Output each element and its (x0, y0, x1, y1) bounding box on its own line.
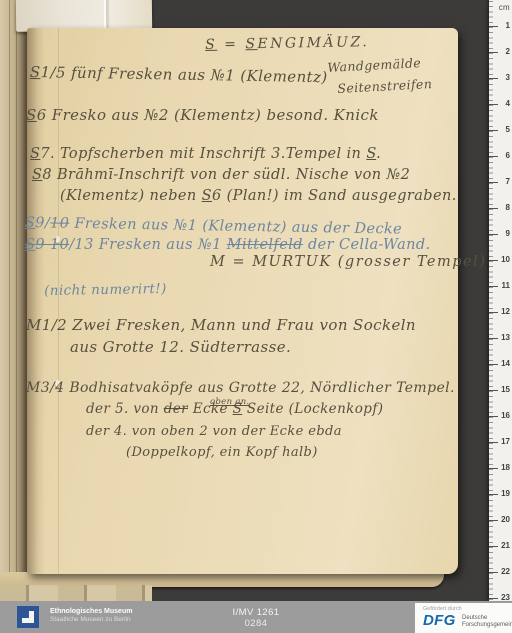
dfg-org-name: Deutsche Forschungsgemeinschaft (462, 615, 512, 629)
manuscript-text-segment: 7. Topfscherben mit Inschrift 3.Tempel i… (40, 146, 366, 162)
entry-m3-4-cont2: der 4. von oben 2 von der Ecke ebda (86, 424, 342, 439)
manuscript-text-segment: S (32, 167, 42, 183)
manuscript-text-segment: S (26, 106, 37, 124)
entry-s10-13: S9 10/13 Fresken aus №1 Mittelfeld der C… (25, 237, 431, 253)
ruler-number: 8 (506, 204, 510, 212)
entry-m1-2-cont: aus Grotte 12. Südterrasse. (70, 338, 291, 356)
ruler-number: 10 (501, 256, 510, 264)
ruler-major-tick (489, 546, 498, 547)
manuscript-text-segment: (nicht numerirt!) (44, 281, 167, 299)
ruler-major-tick (489, 104, 498, 105)
ruler-number: 20 (501, 516, 510, 524)
ruler-major-tick (489, 442, 498, 443)
ruler-major-tick (489, 182, 498, 183)
ruler-number: 18 (501, 464, 510, 472)
ruler-major-tick (489, 572, 498, 573)
ruler-major-tick (489, 208, 498, 209)
manuscript-text-segment: S (233, 401, 243, 417)
manuscript-text-segment: der (164, 401, 188, 417)
manuscript-text-segment: . (376, 146, 381, 162)
manuscript-text-segment: S (25, 237, 35, 253)
entry-m3-4-cont1: der 5. von der Ecke S Seite (Lockenkopf) (86, 401, 383, 417)
manuscript-text-segment: 6 (Plan!) im Sand ausgegraben. (212, 188, 457, 204)
manuscript-text-segment: M = MURTUK (grosser Tempel) (210, 254, 486, 270)
ruler-number: 7 (506, 178, 510, 186)
ruler-number: 16 (501, 412, 510, 420)
ruler-number: 12 (501, 308, 510, 316)
entry-s6: S6 Fresko aus №2 (Klementz) besond. Knic… (26, 106, 379, 124)
manuscript-text-segment: 8 Brāhmī-Inschrift von der südl. Nische … (42, 167, 410, 183)
manuscript-text-segment: Ecke (188, 401, 233, 417)
page-edge-seam (9, 0, 10, 601)
ruler-major-tick (489, 390, 498, 391)
ruler-major-tick (489, 494, 498, 495)
ruler-minor-ticks (489, 1, 493, 600)
ruler-major-tick (489, 520, 498, 521)
manuscript-text-segment: 9/ (35, 215, 50, 231)
heading-sengimauz: S = SENGIMÄUZ. (205, 34, 369, 53)
underlying-page-corner (16, 0, 152, 32)
entry-m1-2: M1/2 Zwei Fresken, Mann und Frau von Soc… (26, 316, 416, 334)
manuscript-text-segment: der Cella-Wand. (303, 237, 431, 253)
ruler-number: 17 (501, 438, 510, 446)
ruler-number: 6 (506, 152, 510, 160)
ruler-number: 1 (506, 22, 510, 30)
ruler-number: 2 (506, 48, 510, 56)
ruler: cm 1234567891011121314151617181920212223 (489, 0, 512, 601)
ruler-number: 5 (506, 126, 510, 134)
ruler-major-tick (489, 234, 498, 235)
ruler-major-tick (489, 468, 498, 469)
dfg-funding-badge: Gefördert durch DFG Deutsche Forschungsg… (415, 603, 512, 633)
manuscript-text-segment: S (366, 146, 376, 162)
manuscript-text-segment: S (30, 63, 41, 81)
book-page-edges-bottom-left (0, 585, 152, 601)
dfg-org-line1: Deutsche (462, 615, 512, 622)
ruler-number: 14 (501, 360, 510, 368)
ruler-unit-label: cm (499, 3, 510, 12)
manuscript-text-segment: 9 10 (35, 237, 69, 253)
ruler-major-tick (489, 364, 498, 365)
book-page-edges-left (0, 0, 30, 601)
dfg-logo: DFG (423, 612, 456, 629)
heading-murtuk: M = MURTUK (grosser Tempel) (210, 254, 486, 270)
ruler-major-tick (489, 26, 498, 27)
manuscript-text-segment: 6 Fresko aus №2 (Klementz) besond. Knick (37, 106, 379, 124)
manuscript-text-segment: S (245, 36, 257, 52)
ruler-major-tick (489, 78, 498, 79)
ruler-number: 9 (506, 230, 510, 238)
ruler-number: 4 (506, 100, 510, 108)
manuscript-text-segment: S (205, 37, 217, 53)
manuscript-text-segment: S (202, 188, 212, 204)
page-edge-seam (16, 0, 17, 601)
ruler-major-tick (489, 416, 498, 417)
manuscript-text-segment: M1/2 Zwei Fresken, Mann und Frau von Soc… (26, 316, 416, 334)
ruler-major-tick (489, 130, 498, 131)
ruler-major-tick (489, 338, 498, 339)
ruler-major-tick (489, 52, 498, 53)
footer-bar: Ethnologisches Museum Staatliche Museen … (0, 601, 512, 633)
entry-s8: S8 Brāhmī-Inschrift von der südl. Nische… (32, 167, 410, 183)
ruler-major-tick (489, 286, 498, 287)
ruler-number: 21 (501, 542, 510, 550)
manuscript-text-segment: (Doppelkopf, ein Kopf halb) (126, 445, 318, 460)
manuscript-text-segment: aus Grotte 12. Südterrasse. (70, 338, 291, 356)
ruler-number: 3 (506, 74, 510, 82)
manuscript-text-segment: der 4. von oben 2 von der Ecke ebda (86, 424, 342, 439)
ruler-number: 11 (502, 282, 510, 290)
manuscript-text-segment: der 5. von (86, 401, 164, 417)
manuscript-text-segment: /13 Fresken aus №1 (69, 237, 226, 253)
ruler-major-tick (489, 260, 498, 261)
manuscript-text-segment: ENGIMÄUZ. (257, 34, 369, 52)
ruler-number: 13 (501, 334, 510, 342)
manuscript-text-segment: 10 (50, 215, 70, 231)
manuscript-text-segment: Seite (Lockenkopf) (242, 401, 383, 417)
ruler-number: 15 (501, 386, 510, 394)
ruler-major-tick (489, 312, 498, 313)
ruler-number: 19 (501, 490, 510, 498)
entry-m3-4-cont3: (Doppelkopf, ein Kopf halb) (126, 445, 318, 460)
manuscript-text-segment: S (30, 146, 40, 162)
ruler-major-tick (489, 598, 498, 599)
entry-s8-cont: (Klementz) neben S6 (Plan!) im Sand ausg… (60, 188, 457, 204)
paper-crease (104, 0, 106, 31)
manuscript-text-segment: (Klementz) neben (60, 188, 202, 204)
entry-s7: S7. Topfscherben mit Inschrift 3.Tempel … (30, 146, 381, 162)
note-nicht-numerirt: (nicht numerirt!) (44, 281, 167, 299)
manuscript-text-segment: Mittelfeld (227, 237, 303, 253)
manuscript-text-segment: S (25, 215, 36, 231)
scanned-manuscript-page: S = SENGIMÄUZ.S1/5 fünf Fresken aus №1 (… (0, 0, 512, 633)
dfg-org-line2: Forschungsgemeinschaft (462, 622, 512, 629)
manuscript-text-segment: = (217, 36, 245, 52)
ruler-number: 22 (501, 568, 510, 576)
ruler-major-tick (489, 156, 498, 157)
